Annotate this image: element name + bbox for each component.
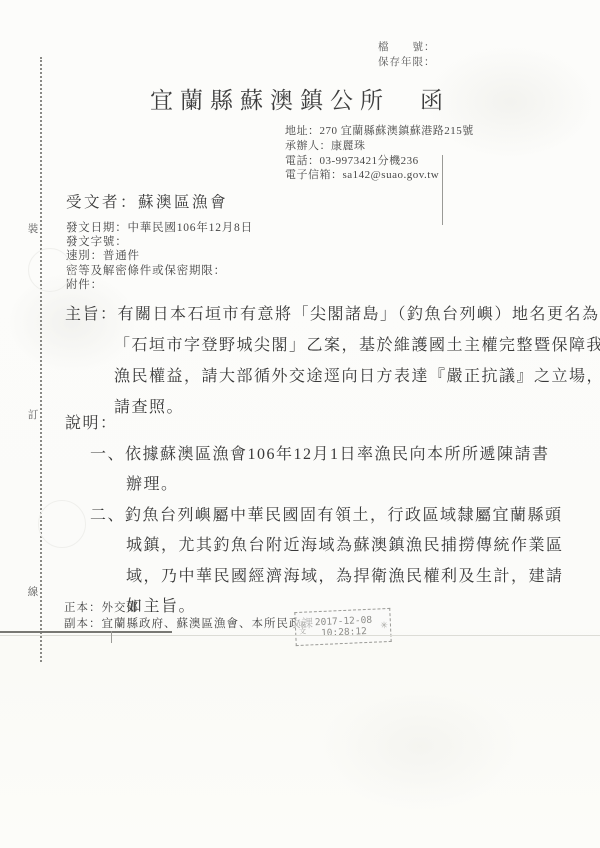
received-stamp: 收文 2017-12-08 10:28:12 ✳ — [294, 608, 391, 646]
archive-labels: 檔 號： 保存年限： — [378, 41, 436, 70]
sender-phone: 電話：03-9973421分機236 — [285, 154, 474, 169]
security-class: 密等及解密條件或保密期限： — [66, 264, 253, 278]
scan-edge-tick — [111, 631, 112, 643]
subject-label: 主旨： — [65, 306, 118, 323]
explanation-section: 說明： 一、依據蘇澳區漁會106年12月1日率漁民向本所所遞陳請書辦理。 二、釣… — [65, 409, 565, 623]
copies-block: 正本：外交部 副本：宜蘭縣政府、蘇澳區漁會、本所民政課 — [64, 601, 314, 632]
subject-text: 有關日本石垣市有意將「尖閣諸島」（釣魚台列嶼）地名更名為「石垣市字登野城尖閣」乙… — [114, 306, 600, 416]
sender-contact-person: 承辦人：康麗珠 — [285, 139, 474, 154]
explanation-item-1: 一、依據蘇澳區漁會106年12月1日率漁民向本所所遞陳請書辦理。 — [90, 440, 565, 501]
item-text: 釣魚台列嶼屬中華民國固有領土，行政區域隸屬宜蘭縣頭城鎮，尤其釣魚台附近海域為蘇澳… — [125, 507, 564, 616]
recipient-line: 受文者：蘇澳區漁會 — [66, 190, 228, 212]
scan-roller-mark — [38, 500, 86, 548]
item-number: 二、 — [90, 507, 125, 524]
sender-info: 地址：270 宜蘭縣蘇澳鎮蘇港路215號 承辦人：康麗珠 電話：03-99734… — [285, 124, 474, 183]
document-title: 宜蘭縣蘇澳鎮公所 函 — [0, 82, 600, 115]
item-number: 一、 — [90, 446, 125, 463]
scan-edge-dark — [0, 631, 172, 633]
binding-mark-zhuang: 裝 — [26, 221, 40, 236]
scanned-official-letter: 裝 訂 線 檔 號： 保存年限： 宜蘭縣蘇澳鎮公所 函 地址：270 宜蘭縣蘇澳… — [0, 0, 600, 848]
explanation-label: 說明： — [65, 409, 565, 440]
item-text: 依據蘇澳區漁會106年12月1日率漁民向本所所遞陳請書辦理。 — [125, 446, 550, 494]
speed-class: 速別：普通件 — [66, 249, 253, 263]
sender-email: 電子信箱：sa142@suao.gov.tw — [285, 168, 474, 183]
file-no-label: 檔 號： — [378, 41, 436, 56]
subject-paragraph: 主旨：有關日本石垣市有意將「尖閣諸島」（釣魚台列嶼）地名更名為「石垣市字登野城尖… — [65, 299, 600, 423]
original-copy-line: 正本：外交部 — [64, 601, 314, 617]
binding-dotted-line — [40, 57, 42, 662]
retention-label: 保存年限： — [378, 56, 436, 71]
binding-mark-xian: 線 — [26, 584, 40, 599]
binding-mark-ding: 訂 — [26, 407, 40, 422]
scan-edge-faint — [0, 635, 600, 636]
stamp-seal-icon: ✳ — [380, 620, 388, 631]
issue-number: 發文字號： — [66, 235, 253, 249]
scan-roller-mark — [28, 248, 72, 292]
cc-copy-line: 副本：宜蘭縣政府、蘇澳區漁會、本所民政課 — [64, 617, 314, 633]
meta-block: 發文日期：中華民國106年12月8日 發文字號： 速別：普通件 密等及解密條件或… — [66, 221, 253, 292]
issue-date: 發文日期：中華民國106年12月8日 — [66, 221, 253, 235]
sender-address: 地址：270 宜蘭縣蘇澳鎮蘇港路215號 — [285, 124, 474, 139]
attachment: 附件： — [66, 278, 253, 292]
scan-artifact-line — [442, 155, 443, 225]
